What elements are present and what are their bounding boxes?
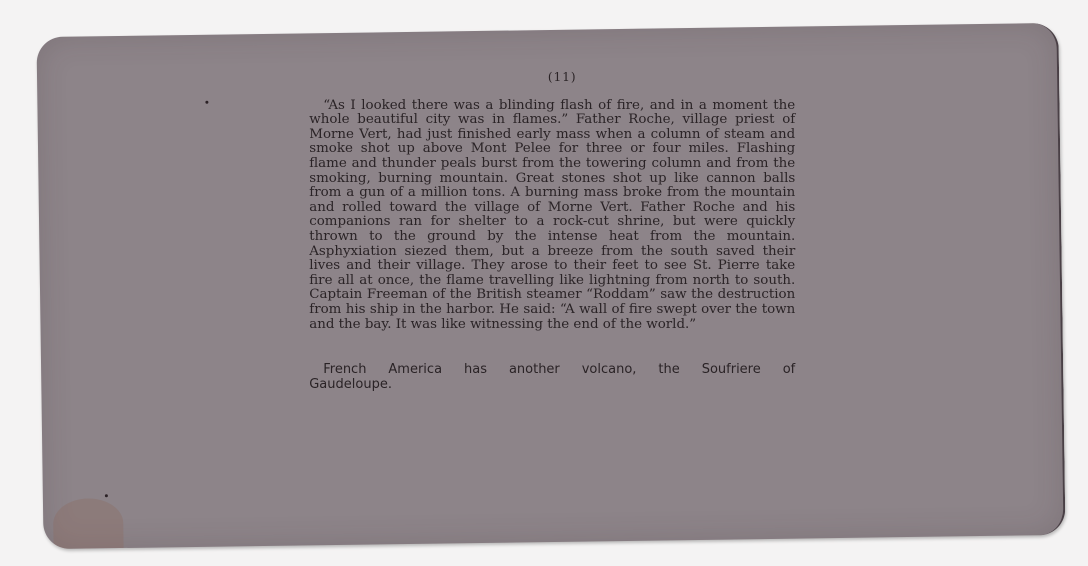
page-number: (11): [329, 70, 795, 85]
closing-line-2: Gaudeloupe.: [309, 377, 392, 392]
stereoview-card-back: (11) “As I looked there was a blinding f…: [36, 23, 1065, 549]
card-stain: [53, 498, 124, 549]
card-speck: [205, 101, 208, 104]
card-speck: [105, 494, 108, 497]
quote-paragraph-text: “As I looked there was a blinding flash …: [309, 99, 795, 333]
closing-paragraph: French America has another volcano, the …: [309, 362, 795, 392]
quote-paragraph: “As I looked there was a blinding flash …: [309, 99, 795, 333]
closing-line-1: French America has another volcano, the …: [309, 362, 795, 377]
printed-text: (11) “As I looked there was a blinding f…: [309, 70, 795, 392]
